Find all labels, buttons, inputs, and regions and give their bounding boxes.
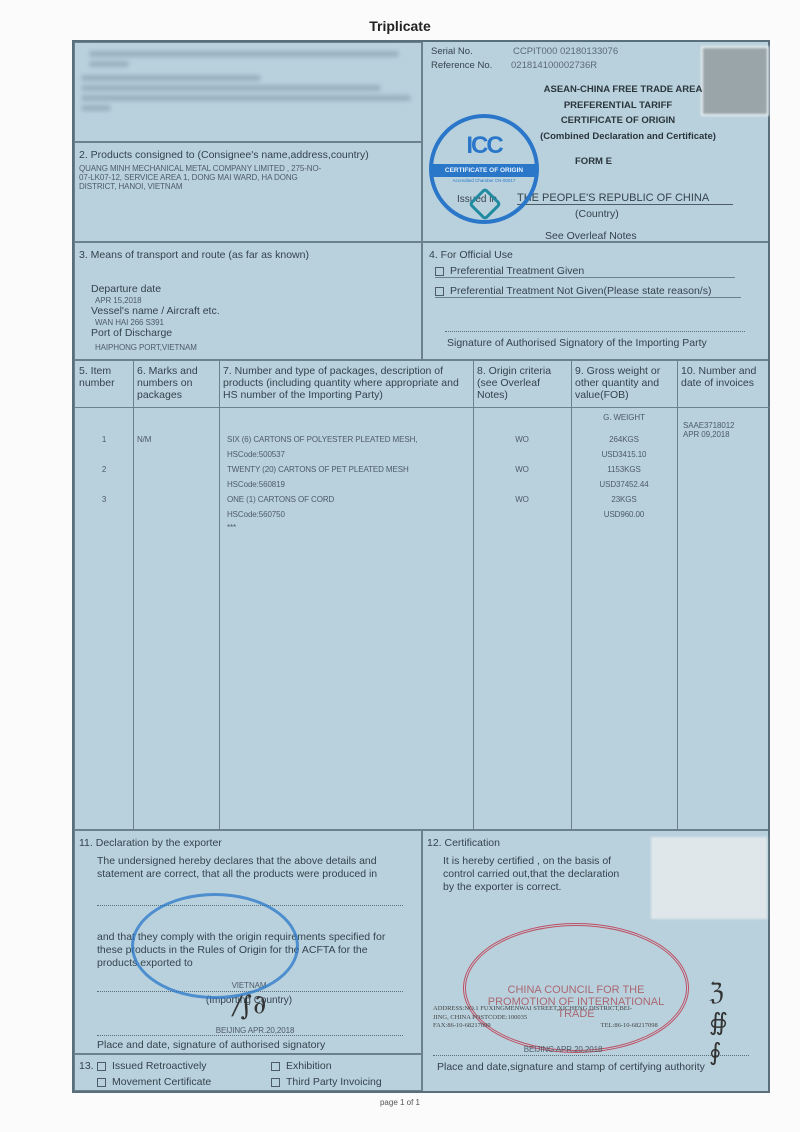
country-caption: (Country) (575, 208, 619, 220)
certificate-form: Serial No. CCPIT000 02180133076 Referenc… (72, 40, 770, 1093)
security-pattern (651, 837, 767, 919)
cert-title-line2: PREFERENTIAL TARIFF (423, 98, 743, 114)
declaration-line2: statement are correct, that all the prod… (97, 868, 377, 881)
movement-certificate-label: Movement Certificate (112, 1076, 211, 1088)
issued-in-country: THE PEOPLE'S REPUBLIC OF CHINA (517, 192, 733, 205)
ccpit-tel: TEL:86-10-68217098 (601, 1022, 658, 1029)
icc-band: CERTIFICATE OF ORIGIN (431, 164, 537, 177)
box12-label: 12. Certification (427, 837, 500, 849)
header-panel: Serial No. CCPIT000 02180133076 Referenc… (422, 42, 768, 242)
ccpit-address1: ADDRESS:NO.1 FUXINGMENWAI STREET,XICHENG… (433, 1005, 658, 1014)
consignee-line1: QUANG MINH MECHANICAL METAL COMPANY LIMI… (79, 164, 321, 173)
weight-header: G. WEIGHT (571, 413, 677, 422)
row-description: ONE (1) CARTONS OF CORD (227, 495, 334, 504)
issued-retroactively-label: Issued Retroactively (112, 1060, 207, 1072)
row-weight: 264KGS (571, 435, 677, 444)
vessel-value: WAN HAI 266 S391 (95, 318, 164, 327)
exporter-signature-scribble: ⁄∫∂ (234, 989, 268, 1022)
row-hscode: HSCode:560750 (227, 510, 285, 519)
invoice-number: SAAE3718012 (683, 421, 734, 430)
vessel-label: Vessel's name / Aircraft etc. (91, 305, 220, 317)
header-invoices: 10. Number and date of invoices (681, 365, 767, 389)
reference-label: Reference No. (431, 60, 492, 71)
serial-value: CCPIT000 02180133076 (513, 46, 618, 57)
row-value: USD3415.10 (571, 450, 677, 459)
consignee-line3: DISTRICT, HANOI, VIETNAM (79, 182, 321, 191)
marks-value: N/M (137, 435, 151, 444)
row-hscode: HSCode:560819 (227, 480, 285, 489)
box13-number: 13. (79, 1060, 94, 1072)
box11-label: 11. Declaration by the exporter (79, 837, 222, 849)
form-name: FORM E (575, 156, 612, 167)
ccpit-fax: FAX:86-10-68217099 (433, 1022, 491, 1029)
declaration-line1: The undersigned hereby declares that the… (97, 855, 377, 868)
importer-signature-caption: Signature of Authorised Signatory of the… (447, 337, 707, 349)
serial-label: Serial No. (431, 46, 473, 57)
icc-emblem-icon (468, 187, 502, 221)
box12-certification: 12. Certification It is hereby certified… (422, 830, 768, 1091)
icc-logo: ICC (433, 132, 535, 160)
departure-value: APR 15,2018 (95, 296, 142, 305)
row-value: USD960.00 (571, 510, 677, 519)
row-item: 2 (75, 465, 133, 474)
row-hscode: HSCode:500537 (227, 450, 285, 459)
box13-options: 13. Issued Retroactively Exhibition Move… (74, 1054, 422, 1091)
movement-certificate-checkbox[interactable] (97, 1078, 106, 1087)
page-footer: page 1 of 1 (0, 1098, 800, 1107)
certification-line3: by the exporter is correct. (443, 881, 619, 894)
third-party-invoicing-label: Third Party Invoicing (286, 1076, 382, 1088)
header-marks: 6. Marks and numbers on packages (137, 365, 217, 401)
box3-label: 3. Means of transport and route (as far … (79, 249, 309, 261)
exporter-place-date: BEIJING APR.20,2018 (105, 1026, 405, 1035)
certifier-signature-caption: Place and date,signature and stamp of ce… (437, 1061, 705, 1073)
row-description: SIX (6) CARTONS OF POLYESTER PLEATED MES… (227, 435, 417, 444)
port-value: HAIPHONG PORT,VIETNAM (95, 343, 197, 352)
header-description: 7. Number and type of packages, descript… (223, 365, 473, 401)
preferential-not-given-checkbox[interactable] (435, 287, 444, 296)
preferential-given-checkbox[interactable] (435, 267, 444, 276)
departure-label: Departure date (91, 283, 161, 295)
row-description: TWENTY (20) CARTONS OF PET PLEATED MESH (227, 465, 409, 474)
header-origin: 8. Origin criteria (see Overleaf Notes) (477, 365, 567, 401)
box11-exporter-declaration: 11. Declaration by the exporter The unde… (74, 830, 422, 1054)
certifier-signature-scribble: ℨ∯∮ (709, 977, 728, 1067)
box3-transport: 3. Means of transport and route (as far … (74, 242, 422, 360)
port-label: Port of Discharge (91, 327, 172, 339)
overleaf-notes: See Overleaf Notes (545, 230, 637, 242)
icc-stamp: ICC CERTIFICATE OF ORIGIN Accredited Cha… (429, 114, 539, 224)
row-value: USD37452.44 (571, 480, 677, 489)
goods-table: 5. Item number 6. Marks and numbers on p… (74, 360, 768, 830)
preferential-not-given-label: Preferential Treatment Not Given(Please … (450, 285, 711, 297)
exhibition-checkbox[interactable] (271, 1062, 280, 1071)
box4-label: 4. For Official Use (429, 249, 513, 261)
row-origin: WO (473, 465, 571, 474)
certification-line1: It is hereby certified , on the basis of (443, 855, 619, 868)
row-item: 1 (75, 435, 133, 444)
cert-title-line1: ASEAN-CHINA FREE TRADE AREA (423, 82, 743, 98)
icc-sub: Accredited Chamber CN-00017 (433, 178, 535, 183)
ccpit-address2: JING, CHINA POSTCODE:100035 (433, 1014, 658, 1023)
box4-official-use: 4. For Official Use Preferential Treatme… (422, 242, 768, 360)
header-weight-value: 9. Gross weight or other quantity and va… (575, 365, 675, 401)
box2-label: 2. Products consigned to (Consignee's na… (79, 149, 369, 161)
row-weight: 23KGS (571, 495, 677, 504)
row-item: 3 (75, 495, 133, 504)
consignee-line2: 07-LK07-12, SERVICE AREA 1, DONG MAI WAR… (79, 173, 321, 182)
invoice-date: APR 09,2018 (683, 430, 734, 439)
exporter-signature-caption: Place and date, signature of authorised … (97, 1039, 325, 1051)
row-origin: WO (473, 435, 571, 444)
box1-exporter-redacted (74, 42, 422, 142)
copy-label: Triplicate (0, 18, 800, 34)
reference-value: 021814100002736R (511, 60, 597, 71)
ccpit-red-stamp: CHINA COUNCIL FOR THE PROMOTION OF INTER… (463, 923, 689, 1053)
preferential-given-label: Preferential Treatment Given (450, 265, 584, 277)
row-origin: WO (473, 495, 571, 504)
end-mark: *** (227, 523, 236, 532)
third-party-invoicing-checkbox[interactable] (271, 1078, 280, 1087)
header-item-number: 5. Item number (79, 365, 131, 389)
certifier-place-date: BEIJING APR.20,2018 (463, 1045, 663, 1054)
row-weight: 1153KGS (571, 465, 677, 474)
issued-retroactively-checkbox[interactable] (97, 1062, 106, 1071)
certification-line2: control carried out,that the declaration (443, 868, 619, 881)
box2-consignee: 2. Products consigned to (Consignee's na… (74, 142, 422, 242)
exhibition-label: Exhibition (286, 1060, 332, 1072)
exporter-blue-stamp (131, 893, 299, 999)
